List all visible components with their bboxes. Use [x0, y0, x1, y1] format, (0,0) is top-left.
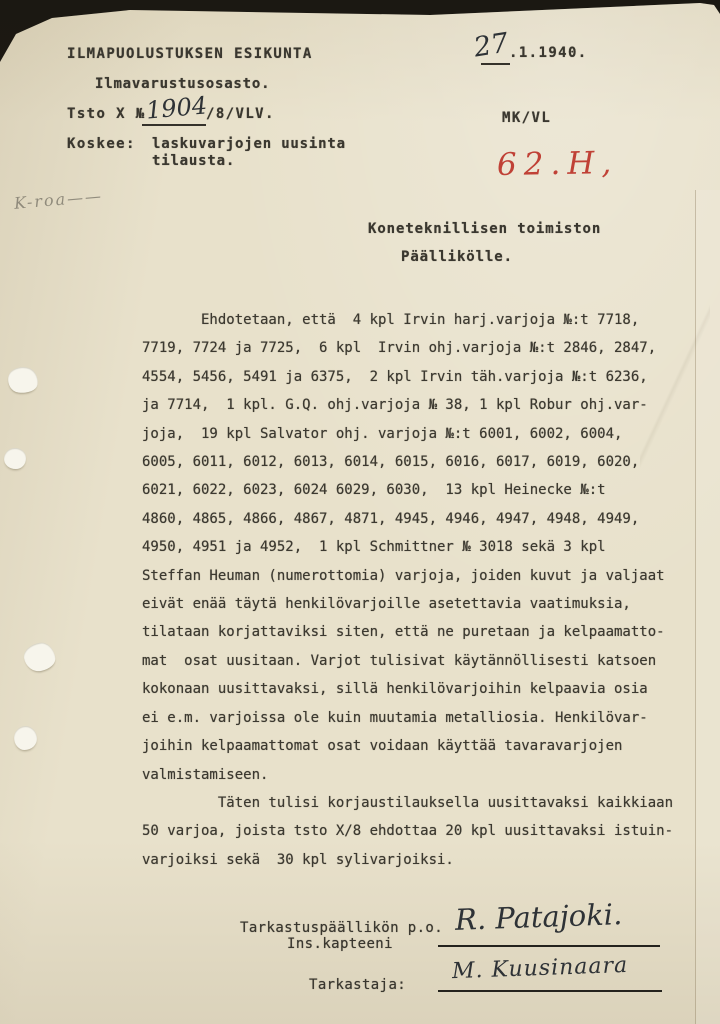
- typist-initials: MK/VL: [502, 110, 551, 126]
- date-typed: .1.1940.: [509, 45, 588, 61]
- signature-patajoki: R. Patajoki.: [454, 897, 622, 937]
- body-line: ja 7714, 1 kpl. G.Q. ohj.varjoja № 38, 1…: [142, 391, 682, 419]
- role-engineer-captain: Ins.kapteeni: [287, 936, 393, 952]
- body-line: 4860, 4865, 4866, 4867, 4871, 4945, 4946…: [142, 505, 682, 533]
- letter-body: Ehdotetaan, että 4 kpl Irvin harj.varjoj…: [142, 306, 682, 874]
- recipient-line1: Koneteknillisen toimiston: [368, 221, 601, 237]
- punch-hole-torn: [22, 641, 57, 674]
- body-line: 6021, 6022, 6023, 6024 6029, 6030, 13 kp…: [142, 476, 682, 504]
- signature-kuusinaara: M. Kuusinaara: [452, 953, 629, 984]
- body-line: 50 varjoa, joista tsto X/8 ehdottaa 20 k…: [142, 817, 682, 845]
- body-line: Steffan Heuman (numerottomia) varjoja, j…: [142, 562, 682, 590]
- role-inspector: Tarkastaja:: [309, 977, 406, 993]
- org-title: ILMAPUOLUSTUKSEN ESIKUNTA: [67, 46, 313, 62]
- body-line: Täten tulisi korjaustilauksella uusittav…: [142, 789, 682, 817]
- date-day-handwritten: 27: [472, 28, 511, 64]
- ref-suffix: /8/VLV.: [206, 106, 275, 122]
- body-line: mat osat uusitaan. Varjot tulisivat käyt…: [142, 647, 682, 675]
- body-line: eivät enää täytä henkilövarjoille asetet…: [142, 590, 682, 618]
- ref-underline: [142, 124, 206, 126]
- body-line: 7719, 7724 ja 7725, 6 kpl Irvin ohj.varj…: [142, 334, 682, 362]
- subject-line2: tilausta.: [152, 153, 235, 169]
- body-line: joihin kelpaamattomat osat voidaan käytt…: [142, 732, 682, 760]
- body-line: 4950, 4951 ja 4952, 1 kpl Schmittner № 3…: [142, 533, 682, 561]
- body-line: ei e.m. varjoissa ole kuin muutamia meta…: [142, 704, 682, 732]
- body-line: Ehdotetaan, että 4 kpl Irvin harj.varjoj…: [142, 306, 682, 334]
- body-line: valmistamiseen.: [142, 761, 682, 789]
- signature-line-1: [438, 945, 660, 947]
- body-line: 4554, 5456, 5491 ja 6375, 2 kpl Irvin tä…: [142, 363, 682, 391]
- body-line: tilataan korjattaviksi siten, että ne pu…: [142, 618, 682, 646]
- recipient-line2: Päällikölle.: [401, 249, 513, 265]
- scanned-letter: ILMAPUOLUSTUKSEN ESIKUNTA Ilmavarustusos…: [0, 0, 720, 1024]
- ref-prefix: Tsto X №: [67, 106, 146, 122]
- department-line: Ilmavarustusosasto.: [95, 76, 270, 92]
- margin-pencil-note: K-roa——: [13, 186, 103, 213]
- punch-hole: [14, 726, 37, 750]
- body-line: varjoiksi sekä 30 kpl sylivarjoiksi.: [142, 846, 682, 874]
- subject-line1: laskuvarjojen uusinta: [152, 136, 346, 152]
- document-page: ILMAPUOLUSTUKSEN ESIKUNTA Ilmavarustusos…: [0, 0, 720, 1024]
- body-line: kokonaan uusittavaksi, sillä henkilövarj…: [142, 675, 682, 703]
- body-line: 6005, 6011, 6012, 6013, 6014, 6015, 6016…: [142, 448, 682, 476]
- body-line: joja, 19 kpl Salvator ohj. varjoja №:t 6…: [142, 420, 682, 448]
- paper-edge-highlight: [696, 190, 720, 1024]
- role-inspection-chief: Tarkastuspäällikön p.o.: [240, 920, 443, 936]
- subject-label: Koskee:: [67, 136, 136, 152]
- punch-hole: [6, 365, 39, 395]
- signature-line-2: [438, 990, 662, 992]
- date-underline: [481, 63, 510, 65]
- ref-number-handwritten: 1904: [145, 91, 208, 124]
- punch-hole: [4, 448, 26, 469]
- red-registry-note: 62.H,: [497, 145, 619, 183]
